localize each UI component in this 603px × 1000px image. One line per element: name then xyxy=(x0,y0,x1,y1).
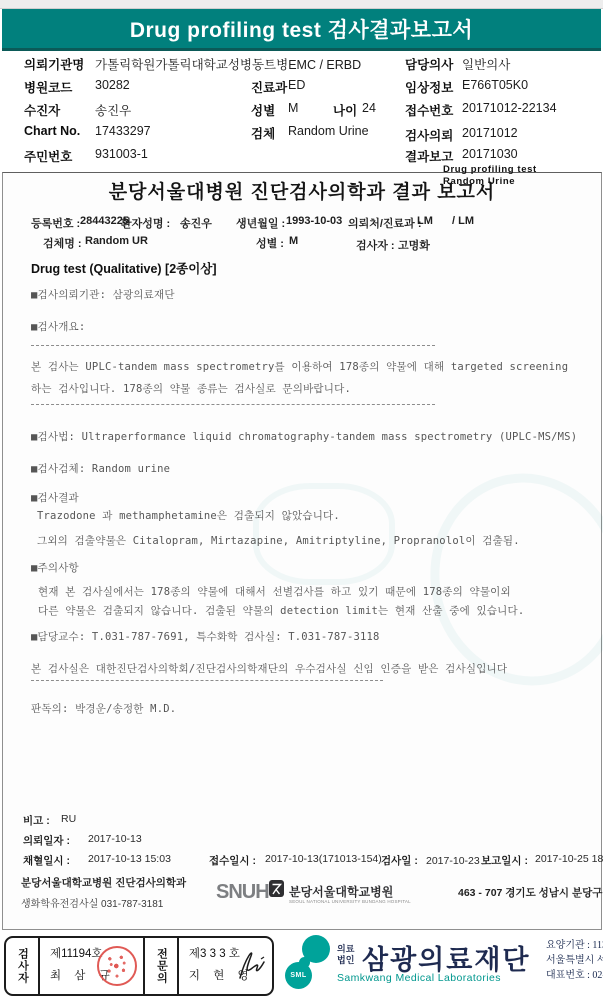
note-label: 비고 : xyxy=(23,813,50,828)
top-strip xyxy=(0,0,603,9)
body-professor: ■담당교수: T.031-787-7691, 특수화학 검사실: T.031-7… xyxy=(31,629,380,644)
snuh-emblem-icon xyxy=(269,880,284,897)
body-caution-title: ■주의사항 xyxy=(31,560,79,575)
report-date-value: 20171030 xyxy=(462,147,518,161)
remark-request-date-value: 2017-10-13 xyxy=(88,833,142,845)
doc-sex-label: 성별 : xyxy=(256,235,284,251)
test-date-value: 2017-10-23 xyxy=(426,855,480,867)
certification-box: 검사자 제11194호 최 삼 규 전문의 제3 3 3 호 지 현 영 xyxy=(4,936,274,996)
page-footer-dept2: 생화학유전검사실 031-787-3181 xyxy=(21,895,163,910)
birth-value: 1993-10-03 xyxy=(286,215,342,227)
patient-label: 수진자 xyxy=(24,101,60,119)
body-accreditation: 본 검사실은 대한진단검사의학회/진단검사의학재단의 우수검사실 신임 인증을 … xyxy=(31,661,507,676)
snuh-hospital-sub: SEOUL NATIONAL UNIVERSITY BUNDANG HOSPIT… xyxy=(289,899,411,904)
test-date-label: 검사일 : xyxy=(381,853,418,868)
snuh-logo-text: SNUH xyxy=(216,881,269,904)
corp-info2: 서울특별시 서초구 양재동 xyxy=(546,953,603,969)
report-time-value: 2017-10-25 18:08 xyxy=(535,853,603,865)
specialist-role-label: 전문의 xyxy=(143,938,177,994)
body-result2: 그외의 검출약물은 Citalopram, Mirtazapine, Amitr… xyxy=(37,533,520,548)
stamp-line1: Drug profiling test xyxy=(443,165,537,174)
ref-dept-value2: / LM xyxy=(452,215,474,227)
age-value: 24 xyxy=(362,101,376,115)
resident-no-label: 주민번호 xyxy=(24,147,72,165)
doc-sex-value: M xyxy=(289,235,298,247)
page-footer-dept1: 분당서울대학교병원 진단검사의학과 xyxy=(21,875,186,890)
specialist-cert-cell: 제3 3 3 호 지 현 영 xyxy=(177,938,272,994)
body-desc2: 하는 검사입니다. 178종의 약물 종류는 검사실로 문의바랍니다. xyxy=(31,381,351,396)
doctor-label: 담당의사 xyxy=(405,55,453,73)
body-method: ■검사법: Ultraperformance liquid chromatogr… xyxy=(31,429,577,444)
corp-type-line2: 법인 xyxy=(337,955,354,965)
report-banner: Drug profiling test 검사결과보고서 xyxy=(2,9,601,51)
examiner-role-label: 검사자 xyxy=(6,938,38,994)
doctor-value: 일반의사 xyxy=(462,55,510,73)
body-overview: ■검사개요: xyxy=(31,319,85,334)
specimen-label: 검체 xyxy=(251,124,275,142)
request-date-value: 20171012 xyxy=(462,126,518,140)
page-footer-address: 463 - 707 경기도 성남시 분당구 구미동 300 xyxy=(458,885,603,900)
specimen-name-label: 검체명 : xyxy=(43,235,82,251)
resident-no-value: 931003-1 xyxy=(95,147,148,161)
sex-value: M xyxy=(288,101,298,115)
specimen-name-value: Random UR xyxy=(85,235,148,247)
sml-logo-label: SML xyxy=(290,972,306,979)
clinical-label: 임상정보 xyxy=(405,78,453,96)
receipt-no-value: 20171012-22134 xyxy=(462,101,557,115)
drug-profiling-stamp: Drug profiling test Random Urine xyxy=(443,165,537,186)
collect-label: 채혈일시 : xyxy=(23,853,70,868)
sex-label: 성별 xyxy=(251,101,275,119)
scanned-report-page: 분당서울대병원 진단검사의학과 결과 보고서 등록번호 : 28443225 환… xyxy=(2,172,602,930)
corp-name-en: Samkwang Medical Laboratories xyxy=(337,972,501,984)
clinical-value: E766T05K0 xyxy=(462,78,528,92)
ref-dept-value: LM xyxy=(417,215,433,227)
org-value: 가톨릭학원가톨릭대학교성병동트병EMC / ERBD xyxy=(95,55,361,73)
remark-request-date-label: 의뢰일자 : xyxy=(23,833,70,848)
snuh-hospital-name: 분당서울대학교병원 xyxy=(289,883,393,900)
sml-logo-circle-sml: SML xyxy=(285,962,312,989)
body-caution2: 다른 약물은 검출되지 않습니다. 검출된 약물의 detection limi… xyxy=(38,603,524,618)
patient-value: 송진우 xyxy=(95,101,131,119)
receipt-value: 2017-10-13(171013-154) xyxy=(265,853,382,865)
banner-title: Drug profiling test 검사결과보고서 xyxy=(130,14,473,44)
examiner-label: 검사자 : xyxy=(356,237,395,253)
dept-value: ED xyxy=(288,78,305,92)
patient-name-value: 송진우 xyxy=(180,215,212,231)
age-label: 나이 xyxy=(333,101,357,119)
ref-dept-label: 의뢰처/진료과 : xyxy=(348,215,422,231)
report-screen: Drug profiling test 검사결과보고서 의뢰기관명 가톨릭학원가… xyxy=(0,0,603,1000)
specimen-value: Random Urine xyxy=(288,124,369,138)
examiner-cert-cell: 제11194호 최 삼 규 xyxy=(38,938,143,994)
receipt-label: 접수일시 : xyxy=(209,853,256,868)
corp-info3: 대표번호 : 02-3497-5100 xyxy=(546,968,603,984)
corp-type-line1: 의료 xyxy=(337,944,354,954)
dept-label: 진료과 xyxy=(251,78,287,96)
dashed-divider-3 xyxy=(31,680,383,681)
stamp-line2: Random Urine xyxy=(443,177,537,186)
org-label: 의뢰기관명 xyxy=(24,55,84,73)
report-time-label: 보고일시 : xyxy=(481,853,528,868)
hospital-code-label: 병원코드 xyxy=(24,78,72,96)
collect-value: 2017-10-13 15:03 xyxy=(88,853,171,865)
hospital-code-value: 30282 xyxy=(95,78,130,92)
chart-no-value: 17433297 xyxy=(95,124,151,138)
corp-info1: 요양기관 : 11365200 xyxy=(546,938,603,954)
test-title: Drug test (Qualitative) [2종이상] xyxy=(31,259,217,277)
body-result1: Trazodone 과 methamphetamine은 검출되지 않았습니다. xyxy=(37,508,340,523)
receipt-no-label: 접수번호 xyxy=(405,101,453,119)
body-reader: 판독의: 박경운/송정한 M.D. xyxy=(31,701,176,716)
report-date-label: 결과보고 xyxy=(405,147,453,165)
red-seal-stamp xyxy=(97,946,137,986)
examiner-value: 고명화 xyxy=(398,237,430,253)
note-value: RU xyxy=(61,813,76,825)
body-caution1: 현재 본 검사실에서는 178종의 약물에 대해서 선별검사를 하고 있기 때문… xyxy=(38,584,511,599)
patient-name-label: 환자성명 : xyxy=(121,215,170,231)
snuh-emblem-glyph xyxy=(269,880,284,897)
body-result-title: ■검사결과 xyxy=(31,490,79,505)
request-date-label: 검사의뢰 xyxy=(405,126,453,144)
body-desc1: 본 검사는 UPLC-tandem mass spectrometry를 이용하… xyxy=(31,359,568,374)
dashed-divider-1 xyxy=(31,345,435,346)
dashed-divider-2 xyxy=(31,404,435,405)
body-specimen: ■검사검체: Random urine xyxy=(31,461,170,476)
birth-label: 생년월일 : xyxy=(236,215,285,231)
reg-no-label: 등록번호 : xyxy=(31,215,80,231)
chart-no-label: Chart No. xyxy=(24,124,80,138)
body-request-org: ■검사의뢰기관: 삼광의료재단 xyxy=(31,287,175,302)
signature-icon xyxy=(230,946,270,989)
